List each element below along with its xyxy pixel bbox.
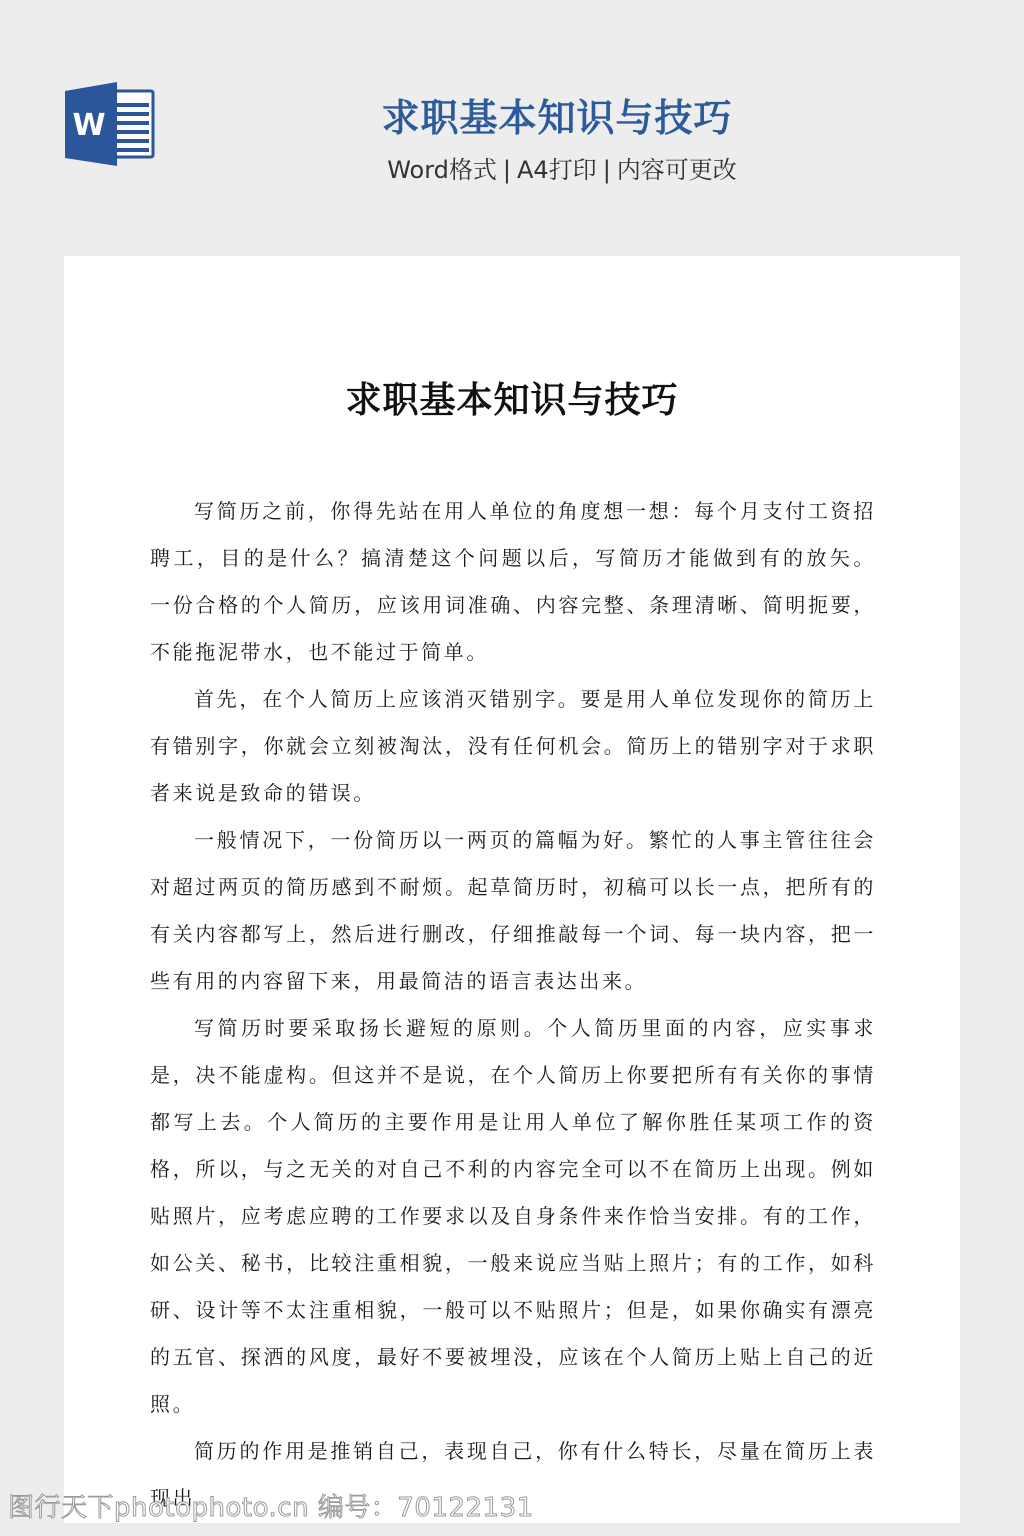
paragraph: 写简历时要采取扬长避短的原则。个人简历里面的内容，应实事求是，决不能虚构。但这并… bbox=[150, 1005, 876, 1428]
document-title: 求职基本知识与技巧 bbox=[64, 375, 960, 425]
header-title: 求职基本知识与技巧 bbox=[0, 94, 1024, 142]
paragraph: 首先，在个人简历上应该消灭错别字。要是用人单位发现你的简历上有错别字，你就会立刻… bbox=[150, 676, 876, 817]
separator: | bbox=[503, 152, 511, 188]
header-banner: W 求职基本知识与技巧 Word格式|A4打印|内容可更改 bbox=[0, 0, 1024, 256]
watermark: 图行天下photophoto.cn 编号：70122131 bbox=[8, 1490, 534, 1526]
format-label: Word格式 bbox=[387, 156, 497, 184]
print-label: A4打印 bbox=[517, 156, 597, 184]
editable-label: 内容可更改 bbox=[617, 156, 737, 184]
header-subtitle: Word格式|A4打印|内容可更改 bbox=[0, 152, 1024, 188]
paragraph: 写简历之前，你得先站在用人单位的角度想一想：每个月支付工资招聘工，目的是什么？搞… bbox=[150, 488, 876, 676]
paragraph: 一般情况下，一份简历以一两页的篇幅为好。繁忙的人事主管往往会对超过两页的简历感到… bbox=[150, 817, 876, 1005]
separator: | bbox=[603, 152, 611, 188]
document-body: 写简历之前，你得先站在用人单位的角度想一想：每个月支付工资招聘工，目的是什么？搞… bbox=[150, 488, 876, 1522]
document-page: 求职基本知识与技巧 写简历之前，你得先站在用人单位的角度想一想：每个月支付工资招… bbox=[64, 256, 960, 1523]
